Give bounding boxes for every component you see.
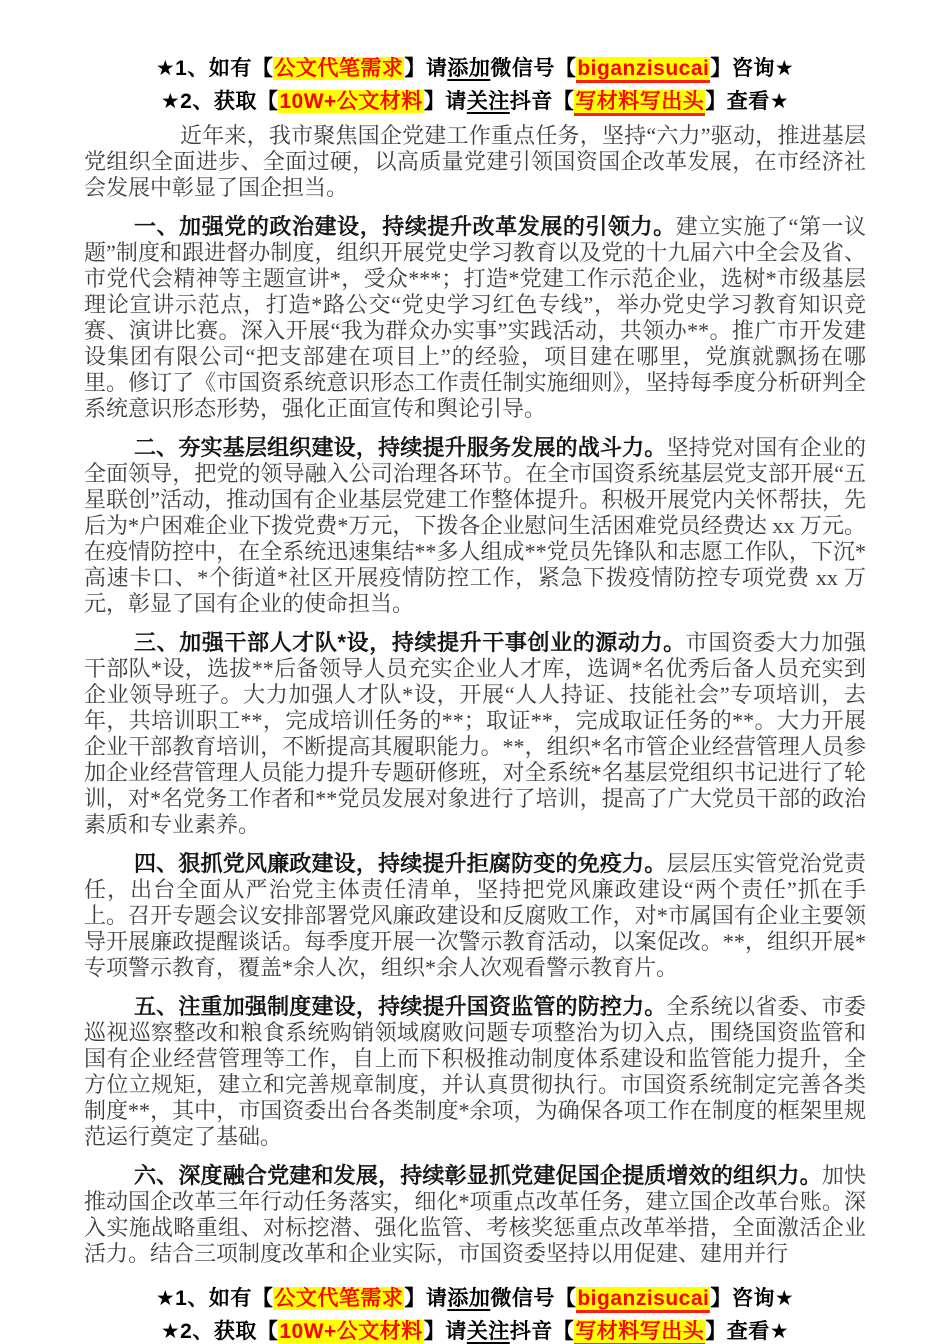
banner-text: 】查看★: [705, 1320, 789, 1343]
highlight-douyin-id: 写材料写出头: [574, 90, 705, 116]
banner-text: 】请: [424, 1320, 467, 1343]
banner-text: 微信号【: [490, 1287, 576, 1310]
banner-text: ★1、如有【: [156, 1287, 274, 1310]
section-paragraph-1: 一、加强党的政治建设，持续提升改革发展的引领力。建立实施了“第一议题”制度和跟进…: [84, 214, 866, 422]
banner-text: 】请: [404, 57, 447, 80]
highlight-wechat-id: biganzisucai: [576, 1287, 710, 1313]
section-body-1: 建立实施了“第一议题”制度和跟进督办制度，组织开展党史学习教育以及党的十九届六中…: [84, 214, 866, 421]
banner-text: ★2、获取【: [161, 1320, 279, 1343]
promo-banner-bottom: ★1、如有【公文代笔需求】请添加微信号【biganzisucai】咨询★ ★2、…: [84, 1282, 866, 1344]
banner-line-2: ★2、获取【10W+公文材料】请关注抖音【写材料写出头】查看★: [84, 85, 866, 118]
banner-text: 】咨询★: [710, 1287, 794, 1310]
section-title-5: 五、注重加强制度建设，持续提升国资监管的防控力。: [134, 994, 666, 1019]
banner-line-2-bottom: ★2、获取【10W+公文材料】请关注抖音【写材料写出头】查看★: [84, 1315, 866, 1344]
banner-text: 抖音【: [510, 1320, 575, 1343]
banner-line-1-bottom: ★1、如有【公文代笔需求】请添加微信号【biganzisucai】咨询★: [84, 1282, 866, 1315]
highlight-wechat-id: biganzisucai: [576, 57, 710, 83]
section-title-4: 四、狠抓党风廉政建设，持续提升拒腐防变的免疫力。: [134, 851, 666, 876]
highlight-material: 10W+公文材料: [278, 1320, 423, 1343]
document-page: ★1、如有【公文代笔需求】请添加微信号【biganzisucai】咨询★ ★2、…: [0, 0, 950, 1344]
section-paragraph-4: 四、狠抓党风廉政建设，持续提升拒腐防变的免疫力。层层压实管党治党责任，出台全面从…: [84, 851, 866, 981]
section-paragraph-3: 三、加强干部人才队*设，持续提升干事创业的源动力。市国资委大力加强干部队*设，选…: [84, 630, 866, 838]
banner-text: 】请: [424, 90, 467, 113]
section-body-2: 坚持党对国有企业的全面领导，把党的领导融入公司治理各环节。在全市国资系统基层党支…: [84, 435, 866, 616]
section-body-3: 市国资委大力加强干部队*设，选拔**后备领导人员充实企业人才库，选调*名优秀后备…: [84, 630, 866, 837]
section-title-6: 六、深度融合党建和发展，持续彰显抓党建促国企提质增效的组织力。: [134, 1163, 822, 1188]
underline-guanzhu: 关注: [467, 90, 510, 113]
banner-text: 抖音【: [510, 90, 575, 113]
section-paragraph-5: 五、注重加强制度建设，持续提升国资监管的防控力。全系统以省委、市委巡视巡察整改和…: [84, 994, 866, 1150]
underline-guanzhu: 关注: [467, 1320, 510, 1343]
highlight-douyin-id: 写材料写出头: [574, 1320, 705, 1344]
section-paragraph-6: 六、深度融合党建和发展，持续彰显抓党建促国企提质增效的组织力。加快推动国企改革三…: [84, 1163, 866, 1267]
intro-paragraph: 近年来，我市聚焦国企党建工作重点任务，坚持“六力”驱动，推进基层党组织全面进步、…: [84, 123, 866, 201]
document-body: 近年来，我市聚焦国企党建工作重点任务，坚持“六力”驱动，推进基层党组织全面进步、…: [84, 123, 866, 1267]
highlight-gongwen-daibi: 公文代笔需求: [273, 1287, 404, 1310]
underline-tianjia: 添加: [447, 57, 490, 80]
highlight-gongwen-daibi: 公文代笔需求: [273, 57, 404, 80]
banner-text: 微信号【: [490, 57, 576, 80]
section-paragraph-2: 二、夯实基层组织建设，持续提升服务发展的战斗力。坚持党对国有企业的全面领导，把党…: [84, 435, 866, 617]
section-title-1: 一、加强党的政治建设，持续提升改革发展的引领力。: [134, 214, 676, 239]
banner-text: 】咨询★: [710, 57, 794, 80]
promo-banner-top: ★1、如有【公文代笔需求】请添加微信号【biganzisucai】咨询★ ★2、…: [84, 52, 866, 118]
highlight-material: 10W+公文材料: [278, 90, 423, 113]
banner-line-1: ★1、如有【公文代笔需求】请添加微信号【biganzisucai】咨询★: [84, 52, 866, 85]
banner-text: 】请: [404, 1287, 447, 1310]
banner-text: 】查看★: [705, 90, 789, 113]
banner-text: ★2、获取【: [161, 90, 279, 113]
underline-tianjia: 添加: [447, 1287, 490, 1310]
section-title-3: 三、加强干部人才队*设，持续提升干事创业的源动力。: [134, 630, 686, 655]
banner-text: ★1、如有【: [156, 57, 274, 80]
section-title-2: 二、夯实基层组织建设，持续提升服务发展的战斗力。: [134, 435, 666, 460]
